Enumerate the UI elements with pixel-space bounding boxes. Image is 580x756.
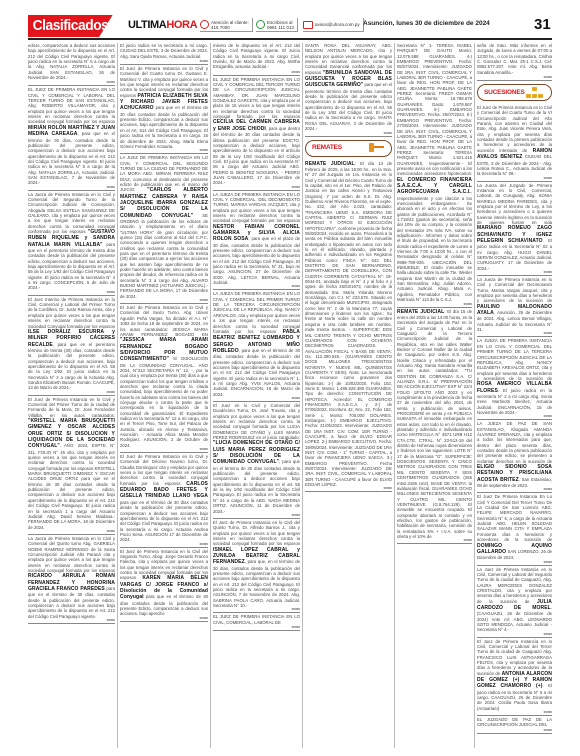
- notice-text: , AÑO: 2024, EXPTE. N° 311, FOLIO N° 45 …: [28, 443, 115, 529]
- legal-notice: LA JUEZA DE PRIMERA INSTANCIA EN LO CIVI…: [213, 291, 300, 402]
- notice-text: El Juez en lo Civil y Comercial del Duod…: [213, 403, 300, 440]
- notice-code: 00000: [477, 633, 552, 636]
- column-4: SANTA ROSA DEL AGUARAY, ABG. NELSON ANTO…: [302, 43, 392, 748]
- notice-code: 00000: [213, 626, 300, 629]
- legal-notice: El Juez de Primera Instancia en lo Civil…: [213, 520, 300, 614]
- legal-notice: EL JUZGADO DE PAZ DE LA CIRCUNSCRIPCIÓN …: [477, 717, 552, 734]
- section-header-remates: REMATES: [305, 140, 392, 157]
- notice-text: LA JUEZA DE PRIMERA INSTANCIA EN LO CIVI…: [213, 291, 300, 333]
- legal-notice: El juicio radica en la secretaría a mi c…: [120, 43, 208, 65]
- contact-value: 415 7000: [211, 25, 230, 30]
- contact-value: avisos@uhora.com.py: [315, 22, 360, 27]
- notice-text: Secretaría N° 1- TERESA ISABEL PARQUET D…: [397, 43, 472, 176]
- legal-notice: La Jueza de Primera Instancia en lo Civi…: [477, 277, 552, 337]
- legal-notice: El Juez de Primera Instancia en lo Civil…: [28, 397, 115, 535]
- notice-text: El Juez Interino de Primera Instancia en…: [28, 297, 115, 329]
- notice-parties: RICARDO ARRUILA ROMAN FERNANDEZ Y HONORI…: [28, 573, 115, 592]
- column-3: miento de lo dispuesto en el Art. 212 de…: [210, 43, 300, 748]
- column-2: El juicio radica en la secretaría a mi c…: [117, 43, 208, 748]
- contact-email[interactable]: avisos@uhora.com.py: [303, 18, 364, 32]
- section-label: REMATES: [312, 145, 342, 150]
- notice-code: 00000: [305, 132, 392, 135]
- notice-code: 00000: [120, 299, 208, 302]
- legal-notice: edicto, comparezcan a deducir sus accion…: [28, 43, 115, 86]
- notice-code: 00000: [120, 60, 208, 63]
- notice-code: 00000: [213, 285, 300, 288]
- notice-text: , para que en el perentorio término de t…: [28, 342, 115, 391]
- page-number: 31: [534, 16, 551, 33]
- notice-text: El Juez de Primera Instancia en lo Civil…: [120, 305, 208, 337]
- notice-text: , para que en el término de 30 días cont…: [213, 459, 300, 513]
- notice-text: EL JUZGADO DE PAZ DE LA CIRCUNSCRIPCIÓN …: [477, 717, 552, 727]
- legal-notice: Secretaría N° 1- TERESA ISABEL PARQUET D…: [397, 43, 472, 308]
- notice-text: La Jueza del Juzgado de Primera Instanci…: [477, 183, 552, 225]
- notice-code: 00000: [477, 415, 552, 418]
- legal-notice: REMATE JUDICIAL: El día 15 de enero del …: [397, 309, 472, 545]
- legal-notice: El Juez de Primera Instancia en lo Civil…: [477, 105, 552, 181]
- notice-parties: REMATE JUDICIAL: [397, 309, 444, 315]
- notice-code: 00000: [28, 291, 115, 294]
- mail-icon: [303, 21, 313, 29]
- notice-parties: MARIANO ROMEUO ZAGO SCHIAVINATO Y IGNEZ …: [477, 225, 552, 244]
- notice-text: LA JUEZA DE PRIMERA INSTANCIA EN LO CIVI…: [477, 338, 552, 380]
- column-5: Secretaría N° 1- TERESA ISABEL PARQUET D…: [394, 43, 472, 748]
- notice-text: EL JUEZ DE PRIMERA INSTANCIA EN LO CIVIL…: [213, 77, 300, 119]
- whatsapp-icon: [256, 20, 265, 29]
- page-header: Clasificados ULTIMAHORA Atención al clie…: [28, 15, 552, 37]
- publication-date: Asunción, lunes 30 de diciembre de 2024: [363, 20, 490, 27]
- notice-code: 00000: [477, 271, 552, 274]
- section-header-sucesiones: SUCESIONES: [477, 84, 552, 101]
- notice-text: La Jueza de Primera Instancia en lo Civi…: [28, 536, 115, 573]
- classifieds-columns: edicto, comparezcan a deducir sus accion…: [28, 43, 552, 748]
- notice-code: 00000: [477, 561, 552, 564]
- newspaper-logo: ULTIMAHORA: [128, 19, 197, 31]
- legal-notice: EL JUEZ DE PRIMERA INSTANCIA EN LO CIVIL…: [213, 77, 300, 191]
- legal-notice: El Juez de Primera Instancia en lo Civil…: [120, 305, 208, 453]
- notice-code: 00000: [120, 448, 208, 451]
- gavel-icon: [367, 143, 385, 153]
- notice-text: EL JUEZ DE PRIMERA INSTANCIA EN LO CIVIL…: [213, 614, 300, 624]
- section-title: Clasificados: [28, 15, 113, 37]
- notice-text: seña de trato. Más informes en el Juzgad…: [477, 43, 552, 75]
- notice-code: 00000: [28, 619, 115, 622]
- notice-code: 00000: [213, 608, 300, 611]
- notice-code: 00000: [477, 488, 552, 491]
- notice-code: 00000: [120, 149, 208, 152]
- legal-notice: EL JUEZ DE PRIMERA INSTANCIA EN LO CIVIL…: [28, 87, 115, 190]
- contact-whatsapp[interactable]: Escribinos al0981 111 013: [256, 18, 298, 32]
- legal-notice: El Juez de Primera Instancia en lo Civil…: [477, 639, 552, 716]
- legal-notice: LA JUEZA DE PAZ DE SAN ESTANISLAO, Aboga…: [477, 421, 552, 493]
- notice-code: 00000: [213, 71, 300, 74]
- notice-code: 00000: [28, 391, 115, 394]
- notice-text: , para que en el término de 30 días, con…: [28, 131, 115, 185]
- notice-code: 00000: [305, 487, 392, 490]
- legal-notice: EL JUEZ DE PRIMERA INSTANCIA EN LO CIVIL…: [213, 614, 300, 631]
- notice-text: El Juez De Primera Instancia En Lo Civil…: [477, 494, 552, 542]
- legal-notice: El Juez de Primera Instancia en lo Civil…: [120, 454, 208, 548]
- notice-code: 00000: [120, 617, 208, 620]
- notice-code: 00000: [213, 397, 300, 400]
- legal-notice: La Jueza de Primera Instancia en lo Civi…: [28, 192, 115, 296]
- legal-notice: miento de lo dispuesto en el Art. 212 de…: [213, 43, 300, 76]
- legal-notice: SANTA ROSA DEL AGUARAY, ABG. NELSON ANTO…: [305, 43, 392, 137]
- notice-text: para que en el término de 30 días contad…: [120, 105, 208, 148]
- header-rule: [28, 38, 552, 40]
- notice-text: LA JUEZA DE PAZ DE SAN ESTANISLAO, Aboga…: [477, 421, 552, 463]
- legal-notice: El Juez en lo Civil y Comercial del Duod…: [213, 403, 300, 519]
- contact-phone[interactable]: Atención al cliente:415 7000: [200, 18, 253, 32]
- legal-notice: El Juez De Primera Instancia En Lo Civil…: [477, 494, 552, 565]
- notice-code: 00000: [477, 177, 552, 180]
- notice-text: miento de lo dispuesto en el Art. 212 de…: [213, 43, 300, 69]
- legal-notice: El Juez de Primera Instancia en lo Civil…: [120, 66, 208, 154]
- logo-part-ultima: ULTIMA: [128, 19, 166, 31]
- notice-code: 00000: [397, 303, 472, 306]
- legal-notice: REMATE JUDICIAL: El día 13 de Febrero de…: [305, 161, 392, 493]
- notice-text: El Juez de Primera Instancia en lo Civil…: [28, 397, 115, 418]
- notice-code: 00000: [397, 539, 472, 542]
- notice-text: para que en el perentorio término de tre…: [305, 82, 392, 131]
- notice-text: , para que en el término de 30 días, con…: [213, 348, 300, 397]
- notice-text: El Juez de Primera Instancia en lo Civil…: [477, 105, 552, 153]
- notice-code: 00000: [477, 711, 552, 714]
- contact-value: 0981 111 013: [267, 25, 294, 30]
- section-label: SUCESIONES: [484, 90, 525, 95]
- legal-notice: La Juez de Primera Instancia en lo Civil…: [477, 567, 552, 638]
- notice-text: LA JUEZA DE PRIMERA INSTANCIA EN LO CIVI…: [213, 192, 300, 224]
- notice-text: , respectivamente y con citación a los m…: [397, 189, 472, 302]
- legal-notice: La Jueza del Juzgado de Primera Instanci…: [477, 183, 552, 277]
- notice-text: para que en el término de 30 días contad…: [120, 500, 208, 542]
- legal-notice: LA JUEZA DE PRIMERA INSTANCIA EN LO CIVI…: [477, 338, 552, 420]
- phone-icon: [200, 20, 209, 29]
- notice-code: 00000: [477, 76, 552, 79]
- legal-notice: seña de trato. Más informes en el Juzgad…: [477, 43, 552, 81]
- notice-text: El Juez de Primera Instancia en lo Civil…: [213, 520, 300, 546]
- family-tree-icon: [525, 87, 545, 99]
- notice-parties: REMATE JUDICIAL: [305, 161, 355, 167]
- legal-notice: El Juez Interino de Primera Instancia en…: [28, 297, 115, 396]
- notice-code: 00000: [477, 729, 552, 732]
- notice-parties: EL COMERCIO FINANCIERA S.A.E.C.A. Y CARG…: [397, 177, 472, 196]
- notice-text: para que en el perentorio término de tre…: [28, 242, 115, 291]
- column-6: seña de trato. Más informes en el Juzgad…: [474, 43, 552, 748]
- notice-text: SE ORDENÓ la publicación de los edictos …: [120, 213, 208, 299]
- notice-text: La Jueza de Primera Instancia en lo Civi…: [28, 192, 115, 234]
- notice-code: 00000: [213, 514, 300, 517]
- notice-text: , para que dentro del término de 30 días…: [213, 126, 300, 185]
- legal-notice: El Juez de Primera Instancia en lo Civil…: [120, 549, 208, 622]
- notice-text: , para que en el plazo de 30 días, conta…: [213, 236, 300, 285]
- notice-text: EL JUEZ DE PRIMERA INSTANCIA EN LO CIVIL…: [28, 87, 115, 124]
- notice-code: 00000: [28, 81, 115, 84]
- notice-code: 00000: [213, 186, 300, 189]
- notice-text: S/ DISOLUCIÓN DE LA COMUNIDAD CONYUGAL. …: [120, 356, 208, 448]
- notice-text: La Jueza de Primera Instancia en lo Civi…: [477, 277, 552, 303]
- legal-notice: La Jueza de Primera Instancia en lo Civi…: [28, 536, 115, 624]
- legal-notice: LA JUEZA DE PRIMERA INSTANCIA EN LO CIVI…: [213, 192, 300, 291]
- notice-text: : El día 15 de enero del 2025 a las 14:0…: [397, 309, 472, 539]
- notice-text: : El día 13 de Febrero de 2025, a las 15…: [305, 161, 392, 488]
- notice-code: 00000: [28, 530, 115, 533]
- column-1: edicto, comparezcan a deducir sus accion…: [28, 43, 115, 748]
- notice-text: , para que, en el término de 30 días, co…: [213, 559, 300, 608]
- logo-part-hora: HORA: [166, 19, 197, 31]
- legal-notice: LA JUEZ DE PRIMERA INSTANCIA EN LO CIVIL…: [120, 155, 208, 304]
- notice-code: 00000: [477, 332, 552, 335]
- notice-text: El juicio radica en la secretaría a mi c…: [120, 43, 208, 59]
- notice-text: edicto, comparezcan a deducir sus accion…: [28, 43, 115, 80]
- notice-code: 00000: [120, 543, 208, 546]
- notice-code: 00000: [28, 186, 115, 189]
